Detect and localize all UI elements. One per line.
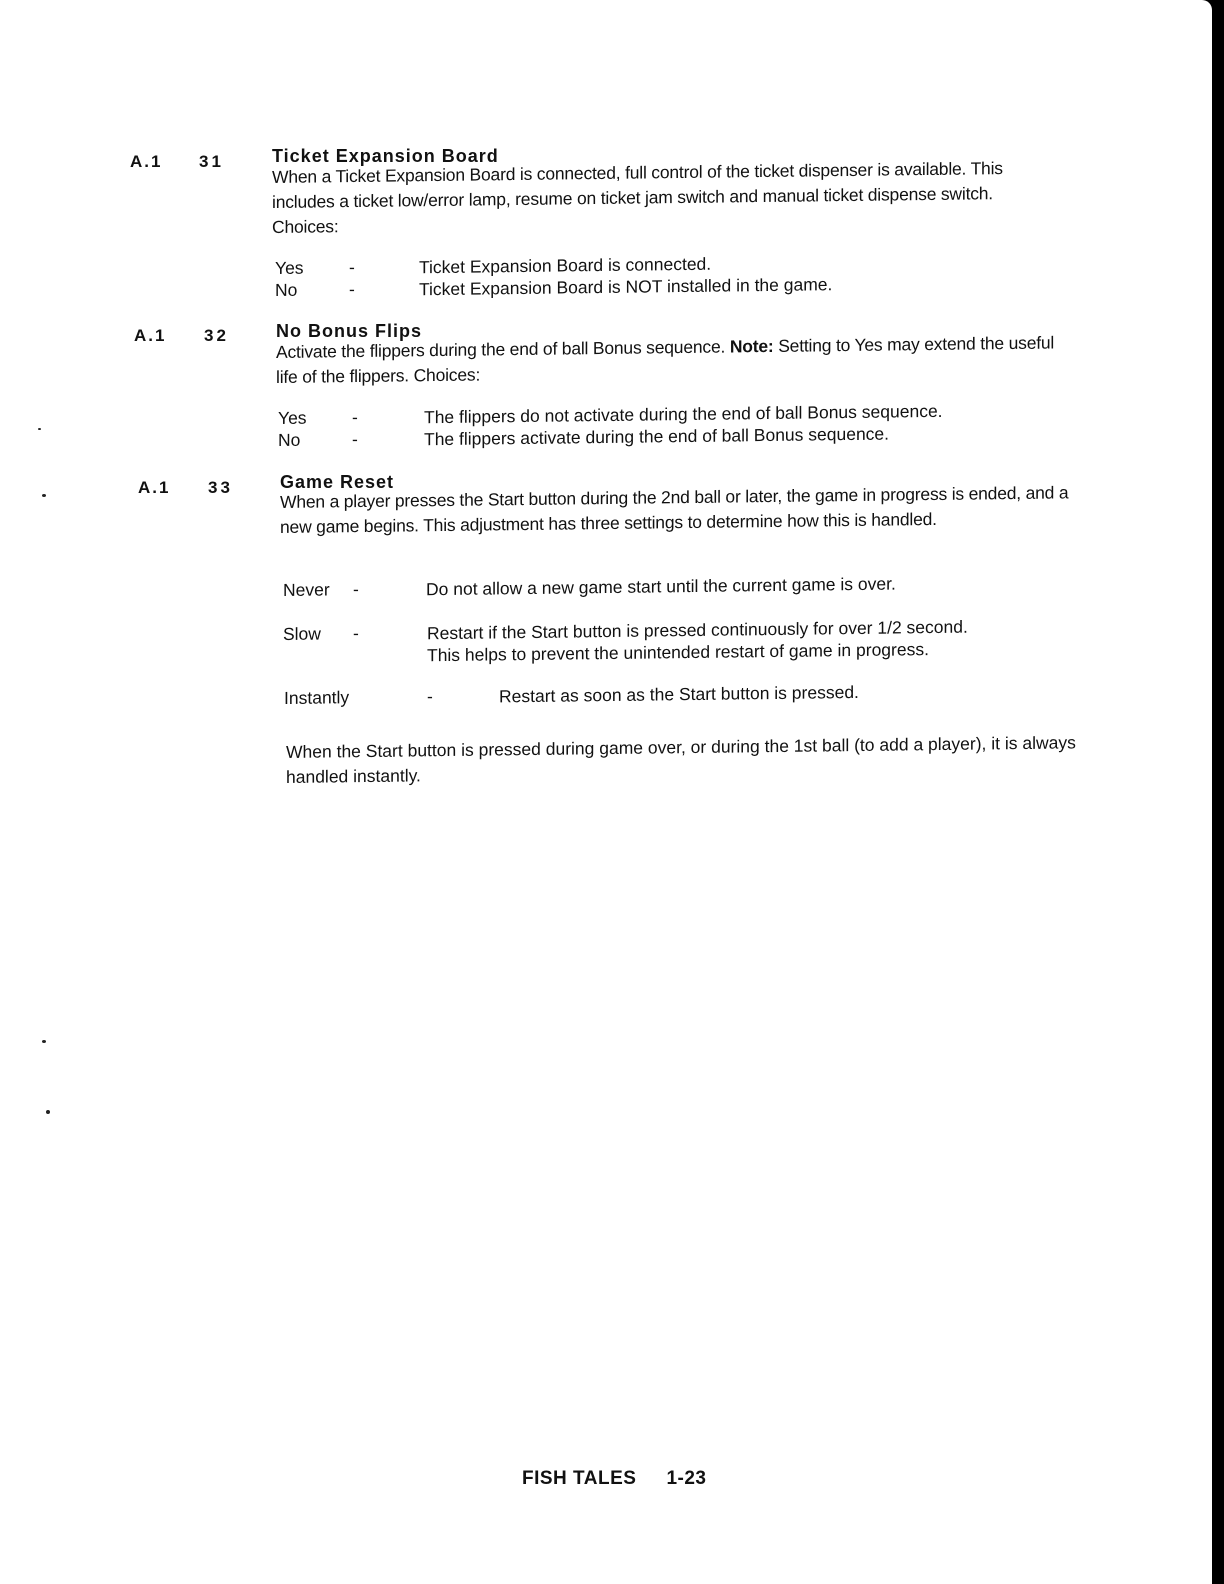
choice-label: Yes xyxy=(275,258,304,279)
choice-text: The flippers activate during the end of … xyxy=(424,423,889,451)
note-label: Note: xyxy=(730,336,774,357)
footer-title: FISH TALES xyxy=(522,1468,636,1489)
choice-dash: - xyxy=(353,579,359,600)
choice-dash: - xyxy=(352,407,358,428)
choice-label: Yes xyxy=(278,408,307,429)
section-number: 32 xyxy=(204,326,229,346)
choice-label: No xyxy=(278,430,300,451)
section-number: 33 xyxy=(208,478,233,498)
section-id: A.1 xyxy=(138,478,170,498)
choice-text: Restart as soon as the Start button is p… xyxy=(499,681,859,707)
choice-label: Slow xyxy=(283,624,321,645)
manual-page: A.1 31 Ticket Expansion Board When a Tic… xyxy=(0,0,1212,1584)
choice-text: Do not allow a new game start until the … xyxy=(426,573,896,601)
scan-speck xyxy=(46,1110,50,1114)
choice-dash: - xyxy=(349,279,355,300)
closing-note: When the Start button is pressed during … xyxy=(286,730,1076,790)
choice-label: Never xyxy=(283,579,330,601)
section-description: Activate the flippers during the end of … xyxy=(276,330,1066,390)
choice-text-continued: This helps to prevent the unintended res… xyxy=(427,638,929,666)
scan-speck xyxy=(38,428,41,430)
choice-dash: - xyxy=(353,623,359,644)
choice-dash: - xyxy=(427,686,433,707)
choice-dash: - xyxy=(352,429,358,450)
section-description: When a Ticket Expansion Board is connect… xyxy=(272,155,1062,240)
choice-label: No xyxy=(275,280,297,301)
choice-dash: - xyxy=(349,257,355,278)
description-text: Activate the flippers during the end of … xyxy=(276,336,730,362)
choice-text: Ticket Expansion Board is NOT installed … xyxy=(419,273,832,300)
page-footer: FISH TALES1-23 xyxy=(522,1468,706,1490)
scan-speck xyxy=(42,494,46,497)
choice-label: Instantly xyxy=(284,687,349,709)
section-number: 31 xyxy=(199,152,224,172)
page-number: 1-23 xyxy=(666,1468,706,1489)
scan-speck xyxy=(42,1040,46,1043)
section-id: A.1 xyxy=(134,326,166,346)
section-id: A.1 xyxy=(130,152,162,172)
section-description: When a player presses the Start button d… xyxy=(280,480,1070,540)
